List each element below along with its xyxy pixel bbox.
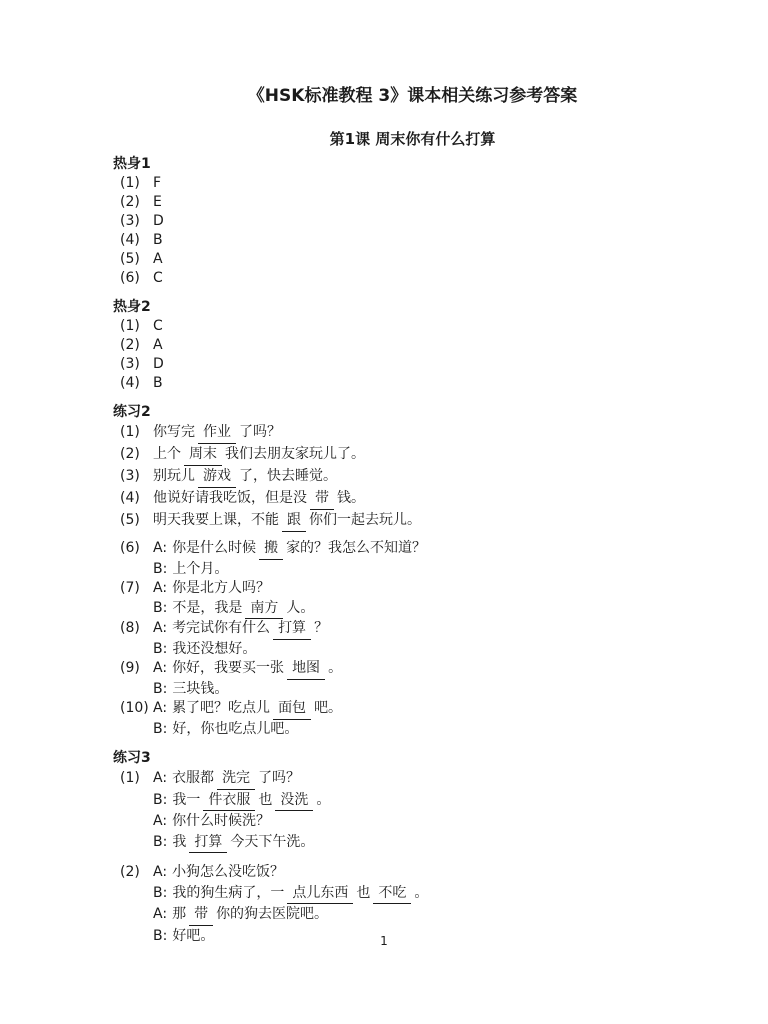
text-segment: 。: [414, 885, 428, 901]
text-segment: 好，你也吃点儿吧。: [172, 721, 298, 737]
document-page: 《HSK标准教程 3》课本相关练习参考答案 第1课 周末你有什么打算 热身1 (…: [0, 0, 768, 1024]
answer-blank: 作业: [198, 422, 236, 444]
section-heading: 练习2: [113, 403, 712, 422]
answer-blank: 带: [189, 904, 213, 926]
answer-letter: A: [153, 250, 163, 269]
answer-letter: F: [153, 174, 161, 193]
dialog-line: B:我打算今天下午洗。: [153, 832, 712, 854]
text-segment: 不是，我是: [172, 600, 242, 616]
speaker-label: A:: [153, 864, 167, 880]
section-exercise-3: 练习3 (1) A:衣服都洗完了吗？ B:我一件衣服也没洗。 A:你什么时候洗？…: [113, 749, 712, 946]
speaker-label: A:: [153, 770, 167, 786]
answer-item: (1)F: [113, 174, 712, 193]
answer-letter: B: [153, 374, 163, 393]
answer-blank: 没洗: [275, 790, 313, 812]
dialog-item: (8) A:考完试你有什么打算？ B:我还没想好。: [113, 619, 712, 659]
sentence-text: 你写完作业了吗？: [153, 422, 712, 444]
dialog-line: B:上个月。: [153, 560, 712, 580]
text-segment: 我还没想好。: [172, 641, 256, 657]
fill-item: (2)上个周末我们去朋友家玩儿了。: [113, 444, 712, 466]
answer-blank: 面包: [273, 699, 311, 720]
item-number: (3): [120, 212, 153, 231]
dialog-line: A:你什么时候洗？: [153, 811, 712, 832]
speaker-label: A:: [153, 700, 167, 716]
text-segment: 别玩儿: [153, 468, 195, 484]
answer-blank: 点儿东西: [287, 883, 353, 905]
answer-letter: D: [153, 355, 164, 374]
item-number: (7): [120, 580, 153, 596]
text-segment: 。: [316, 792, 330, 808]
answer-item: (5)A: [113, 250, 712, 269]
speaker-label: B:: [153, 792, 167, 808]
item-number: (1): [120, 174, 153, 193]
section-heading: 热身2: [113, 298, 712, 317]
answer-item: (3)D: [113, 355, 712, 374]
answer-item: (4)B: [113, 231, 712, 250]
item-number: (5): [120, 510, 153, 531]
item-number: (2): [120, 444, 153, 465]
sentence-text: 上个周末我们去朋友家玩儿了。: [153, 444, 712, 466]
text-segment: 了，快去睡觉。: [239, 468, 337, 484]
text-segment: 我: [172, 834, 186, 850]
dialog-line: A:那带你的狗去医院吧。: [153, 904, 712, 926]
item-number: (1): [120, 422, 153, 443]
dialog-lines: A:累了吧？吃点儿面包吧。 B:好，你也吃点儿吧。: [153, 699, 712, 739]
text-segment: 你好，我要买一张: [172, 660, 284, 676]
text-segment: 你是什么时候: [172, 540, 256, 556]
answer-letter: A: [153, 336, 163, 355]
item-number: (5): [120, 250, 153, 269]
dialog-line: A:你是北方人吗？: [153, 579, 712, 599]
answer-letter: C: [153, 317, 163, 336]
text-segment: 了吗？: [258, 770, 300, 786]
text-segment: 明天我要上课，不能: [153, 512, 279, 528]
dialog-item: (6) A:你是什么时候搬家的？我怎么不知道？ B:上个月。: [113, 539, 712, 579]
text-segment: 你是北方人吗？: [172, 580, 270, 596]
speaker-label: A:: [153, 813, 167, 829]
section-exercise-2: 练习2 (1)你写完作业了吗？ (2)上个周末我们去朋友家玩儿了。 (3)别玩儿…: [113, 403, 712, 739]
text-segment: 累了吧？吃点儿: [172, 700, 270, 716]
text-segment: 你的狗去医院吧。: [216, 906, 328, 922]
dialog-line: B:好，你也吃点儿吧。: [153, 720, 712, 740]
text-segment: 你写完: [153, 424, 195, 440]
dialog-item: (9) A:你好，我要买一张地图。 B:三块钱。: [113, 659, 712, 699]
section-heading: 热身1: [113, 155, 712, 174]
answer-blank: 洗完: [217, 768, 255, 790]
dialog-line: B:我还没想好。: [153, 640, 712, 660]
dialog-item: (10) A:累了吧？吃点儿面包吧。 B:好，你也吃点儿吧。: [113, 699, 712, 739]
item-number: (2): [120, 864, 153, 880]
item-number: (4): [120, 374, 153, 393]
answer-item: (6)C: [113, 269, 712, 288]
answer-item: (1)C: [113, 317, 712, 336]
answer-item: (2)A: [113, 336, 712, 355]
document-title: 《HSK标准教程 3》课本相关练习参考答案: [113, 86, 712, 106]
page-number: 1: [0, 934, 768, 948]
dialog-lines: A:考完试你有什么打算？ B:我还没想好。: [153, 619, 712, 659]
speaker-label: B:: [153, 600, 167, 616]
answer-letter: C: [153, 269, 163, 288]
item-number: (6): [120, 269, 153, 288]
dialog-lines: A:你是什么时候搬家的？我怎么不知道？ B:上个月。: [153, 539, 712, 579]
page-content: 《HSK标准教程 3》课本相关练习参考答案 第1课 周末你有什么打算 热身1 (…: [113, 86, 712, 946]
dialog-list: (6) A:你是什么时候搬家的？我怎么不知道？ B:上个月。 (7) A:你是北…: [113, 539, 712, 739]
dialog-line: A:考完试你有什么打算？: [153, 619, 712, 640]
section-warmup-2: 热身2 (1)C (2)A (3)D (4)B: [113, 298, 712, 393]
speaker-label: B:: [153, 834, 167, 850]
answer-blank: 搬: [259, 539, 283, 560]
dialog-line: B:我的狗生病了，一点儿东西也不吃。: [153, 883, 712, 905]
text-segment: 上个: [153, 446, 181, 462]
text-segment: 钱。: [337, 490, 365, 506]
answer-letter: B: [153, 231, 163, 250]
answer-letter: D: [153, 212, 164, 231]
item-number: (9): [120, 660, 153, 676]
speaker-label: B:: [153, 885, 167, 901]
dialog-line: A:累了吧？吃点儿面包吧。: [153, 699, 712, 720]
text-segment: 我们去朋友家玩儿了。: [225, 446, 365, 462]
fill-item: (3)别玩儿游戏了，快去睡觉。: [113, 466, 712, 488]
text-segment: 我一: [172, 792, 200, 808]
dialog-line: A:你是什么时候搬家的？我怎么不知道？: [153, 539, 712, 560]
dialog-line: A:小狗怎么没吃饭？: [153, 862, 712, 883]
item-number: (3): [120, 355, 153, 374]
speaker-label: B:: [153, 561, 167, 577]
speaker-label: B:: [153, 721, 167, 737]
item-number: (2): [120, 193, 153, 212]
dialog-lines: A:衣服都洗完了吗？ B:我一件衣服也没洗。 A:你什么时候洗？ B:我打算今天…: [153, 768, 712, 853]
dialog-line: B:不是，我是南方人。: [153, 599, 712, 620]
lesson-heading: 第1课 周末你有什么打算: [113, 129, 712, 149]
item-number: (1): [120, 770, 153, 786]
sentence-text: 别玩儿游戏了，快去睡觉。: [153, 466, 712, 488]
dialog-line: B:我一件衣服也没洗。: [153, 790, 712, 812]
dialog-lines: A:你好，我要买一张地图。 B:三块钱。: [153, 659, 712, 699]
speaker-label: B:: [153, 641, 167, 657]
answer-blank: 打算: [273, 619, 311, 640]
answer-blank: 打算: [189, 832, 227, 854]
answer-blank: 不吃: [373, 883, 411, 905]
dialog-item: (1) A:衣服都洗完了吗？ B:我一件衣服也没洗。 A:你什么时候洗？ B:我…: [113, 768, 712, 853]
answer-blank: 南方: [245, 599, 283, 620]
text-segment: 小狗怎么没吃饭？: [172, 864, 284, 880]
text-segment: 你们一起去玩儿。: [309, 512, 421, 528]
fill-item: (1)你写完作业了吗？: [113, 422, 712, 444]
answer-item: (2)E: [113, 193, 712, 212]
dialog-item: (7) A:你是北方人吗？ B:不是，我是南方人。: [113, 579, 712, 619]
item-number: (2): [120, 336, 153, 355]
answer-letter: E: [153, 193, 162, 212]
dialog-line: A:衣服都洗完了吗？: [153, 768, 712, 790]
text-segment: 也: [258, 792, 272, 808]
sentence-text: 明天我要上课，不能跟你们一起去玩儿。: [153, 510, 712, 532]
item-number: (4): [120, 488, 153, 509]
text-segment: 也: [356, 885, 370, 901]
item-number: (3): [120, 466, 153, 487]
sentence-text: 他说好请我吃饭，但是没带钱。: [153, 488, 712, 510]
fill-item: (4)他说好请我吃饭，但是没带钱。: [113, 488, 712, 510]
answer-item: (4)B: [113, 374, 712, 393]
text-segment: 。: [328, 660, 342, 676]
speaker-label: A:: [153, 660, 167, 676]
answer-blank: 游戏: [198, 466, 236, 488]
dialog-lines: A:你是北方人吗？ B:不是，我是南方人。: [153, 579, 712, 619]
answer-blank: 件衣服: [203, 790, 255, 812]
text-segment: 上个月。: [172, 561, 228, 577]
answer-blank: 周末: [184, 444, 222, 466]
section-warmup-1: 热身1 (1)F (2)E (3)D (4)B (5)A (6)C: [113, 155, 712, 288]
answer-item: (3)D: [113, 212, 712, 231]
text-segment: ？: [314, 620, 328, 636]
answer-blank: 带: [310, 488, 334, 510]
item-number: (10): [120, 700, 153, 716]
fill-item: (5)明天我要上课，不能跟你们一起去玩儿。: [113, 510, 712, 532]
text-segment: 考完试你有什么: [172, 620, 270, 636]
speaker-label: A:: [153, 580, 167, 596]
text-segment: 衣服都: [172, 770, 214, 786]
speaker-label: A:: [153, 540, 167, 556]
section-heading: 练习3: [113, 749, 712, 768]
dialog-line: A:你好，我要买一张地图。: [153, 659, 712, 680]
item-number: (8): [120, 620, 153, 636]
text-segment: 了吗？: [239, 424, 281, 440]
text-segment: 今天下午洗。: [230, 834, 314, 850]
text-segment: 我的狗生病了，一: [172, 885, 284, 901]
text-segment: 你什么时候洗？: [172, 813, 270, 829]
item-number: (1): [120, 317, 153, 336]
text-segment: 那: [172, 906, 186, 922]
item-number: (4): [120, 231, 153, 250]
text-segment: 家的？我怎么不知道？: [286, 540, 426, 556]
speaker-label: A:: [153, 620, 167, 636]
answer-blank: 地图: [287, 659, 325, 680]
answer-blank: 跟: [282, 510, 306, 532]
dialog-line: B:三块钱。: [153, 680, 712, 700]
text-segment: 三块钱。: [172, 681, 228, 697]
speaker-label: B:: [153, 681, 167, 697]
text-segment: 吧。: [314, 700, 342, 716]
text-segment: 他说好请我吃饭，但是没: [153, 490, 307, 506]
item-number: (6): [120, 540, 153, 556]
text-segment: 人。: [286, 600, 314, 616]
speaker-label: A:: [153, 906, 167, 922]
